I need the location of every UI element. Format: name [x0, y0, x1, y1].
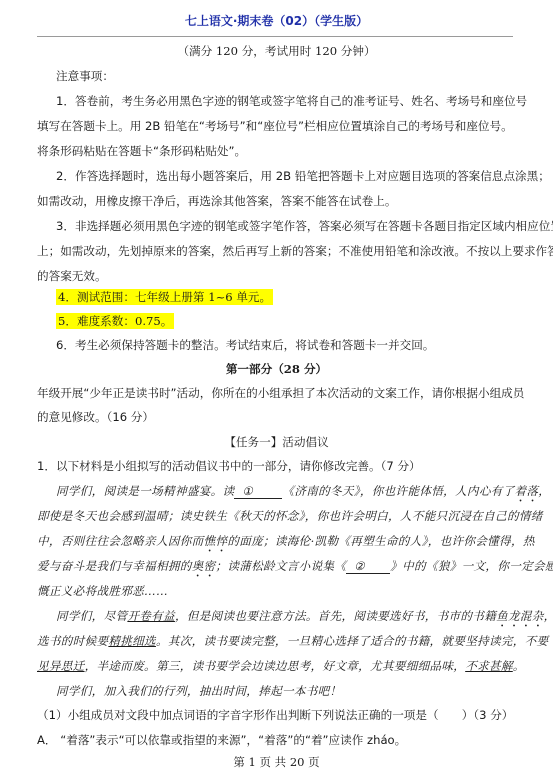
passage-text: 中，否则往往会忽略亲人因你而: [37, 534, 204, 548]
notice-heading: 注意事项：: [56, 69, 114, 83]
notice-item-3-line-2: 上；如需改动，先划掉原来的答案，然后再写上新的答案；不准使用铅笔和涂改液。不按以…: [37, 244, 553, 258]
passage-p2-line-2: 选书的时候要精挑细选。其次，读书要读完整，一旦精心选择了适合的书籍，就要坚持读完…: [37, 634, 548, 648]
passage-text: 爱与奋斗是我们与幸福相拥的: [37, 559, 192, 573]
dotted-word-qiaocui: 憔悴: [204, 534, 228, 548]
fill-blank-1[interactable]: ①: [234, 484, 282, 499]
underlined-phrase-buqiushenjie: 不求甚解: [465, 659, 513, 673]
notice-item-2-line-2: 如需改动，用橡皮擦干净后，再选涂其他答案，答案不能答在试卷上。: [37, 194, 396, 208]
passage-text: ；读蒲松龄文言小说集《: [215, 559, 346, 573]
fill-blank-2[interactable]: ②: [346, 559, 390, 574]
notice-item-1-line-3: 将条形码粘贴在答题卡“条形码粘贴处”。: [37, 144, 246, 158]
passage-text: 同学们，阅读是一场精神盛宴。读: [56, 484, 234, 498]
passage-text: 。: [513, 659, 525, 673]
part1-intro-line-2: 的意见修改。（16 分）: [37, 410, 154, 424]
option-letter: A．: [37, 733, 57, 747]
subquestion-1-stem: （1）小组成员对文段中加点词语的字音字形作出判断下列说法正确的一项是（ ）（3 …: [37, 708, 513, 722]
part1-title: 第一部分（28 分）: [0, 362, 553, 376]
blank-1-label: ①: [242, 484, 253, 498]
dotted-word-zhuoluo: 着落: [515, 484, 539, 498]
dotted-word-aomi: 奥密: [192, 559, 216, 573]
passage-p2-line-1: 同学们，尽管开卷有益，但是阅读也要注意方法。首先，阅读要选好书，书市的书籍鱼龙混…: [56, 609, 553, 630]
page-footer: 第 1 页 共 20 页: [0, 754, 553, 770]
notice-item-5-highlighted: 5．难度系数：0.75。: [56, 313, 174, 329]
part1-intro-line-1: 年级开展“少年正是读书时”活动，你所在的小组承担了本次活动的文案工作，请你根据小…: [37, 386, 524, 400]
notice-item-1-line-2: 填写在答题卡上。用 2B 铅笔在“考场号”和“座位号”栏相应位置填涂自己的考场号…: [37, 119, 513, 133]
notice-item-4-highlighted: 4．测试范围：七年级上册第 1~6 单元。: [56, 289, 273, 305]
underlined-phrase-jingtiaoxixuan: 精挑细选: [108, 634, 156, 648]
passage-text: 《济南的冬天》，你也许能体悟，人内心有了: [282, 484, 514, 498]
notice-item-6: 6．考生必须保持答题卡的整洁。考试结束后，将试卷和答题卡一并交回。: [56, 338, 434, 352]
passage-text: ，: [538, 484, 550, 498]
passage-text: 》中的《狼》一文，你一定会感: [390, 559, 553, 573]
option-text: “着落”表示“可以依靠或指望的来源”，“着落”的“着”应读作 zháo。: [60, 733, 406, 747]
notice-item-3-line-3: 的答案无效。: [37, 269, 107, 283]
header-divider: [37, 36, 513, 37]
passage-text: ，: [544, 609, 553, 623]
question-1-stem: 1．以下材料是小组拟写的活动倡议书中的一部分，请你修改完善。（7 分）: [37, 459, 421, 473]
task1-title: 【任务一】活动倡议: [0, 435, 553, 449]
dotted-word-yulonghunza: 鱼龙混杂: [496, 609, 544, 623]
exam-info: （满分 120 分，考试用时 120 分钟）: [0, 44, 553, 58]
passage-text: 选书的时候要: [37, 634, 108, 648]
passage-text: ，半途而废。第三，读书要学会边读边思考，好文章，尤其要细细品味，: [85, 659, 466, 673]
passage-p1-line-2: 即使是冬天也会感到温晴；读史铁生《秋天的怀念》，你也许会明白，人不能只沉浸在自己…: [37, 509, 543, 523]
underlined-phrase-kaijuanyouyi: 开卷有益: [127, 609, 175, 623]
option-a[interactable]: A． “着落”表示“可以依靠或指望的来源”，“着落”的“着”应读作 zháo。: [37, 733, 406, 747]
notice-item-3-line-1: 3．非选择题必须用黑色字迹的钢笔或签字笔作答，答案必须写在答题卡各题目指定区域内…: [56, 219, 553, 233]
passage-text: 的面庞；读海伦·凯勒《再塑生命的人》，也许你会懂得，热: [227, 534, 534, 548]
passage-p1-line-1: 同学们，阅读是一场精神盛宴。读①《济南的冬天》，你也许能体悟，人内心有了着落，: [56, 484, 550, 505]
passage-text: ，但是阅读也要注意方法。首先，阅读要选好书，书市的书籍: [175, 609, 496, 623]
notice-item-1-line-1: 1．答卷前，考生务必用黑色字迹的钢笔或签字笔将自己的准考证号、姓名、考场号和座位…: [56, 94, 527, 108]
passage-p3: 同学们，加入我们的行列，抽出时间，捧起一本书吧！: [56, 684, 341, 698]
passage-p2-line-3: 见异思迁，半途而废。第三，读书要学会边读边思考，好文章，尤其要细细品味，不求甚解…: [37, 659, 525, 673]
passage-text: 同学们，尽管: [56, 609, 127, 623]
document-page: 七上语文·期末卷（02）（学生版） （满分 120 分，考试用时 120 分钟）…: [0, 0, 553, 782]
passage-text: 。其次，读书要读完整，一旦精心选择了适合的书籍，就要坚持读完，不要: [156, 634, 549, 648]
notice-item-2-line-1: 2．作答选择题时，选出每小题答案后，用 2B 铅笔把答题卡上对应题目选项的答案信…: [56, 169, 550, 183]
passage-p1-line-5: 慨正义必将战胜邪恶……: [37, 584, 168, 598]
underlined-phrase-jianyisiqian: 见异思迁: [37, 659, 85, 673]
passage-p1-line-4: 爱与奋斗是我们与幸福相拥的奥密；读蒲松龄文言小说集《②》中的《狼》一文，你一定会…: [37, 559, 553, 580]
passage-p1-line-3: 中，否则往往会忽略亲人因你而憔悴的面庞；读海伦·凯勒《再塑生命的人》，也许你会懂…: [37, 534, 535, 555]
blank-2-label: ②: [354, 559, 365, 573]
document-header-title: 七上语文·期末卷（02）（学生版）: [0, 12, 553, 29]
